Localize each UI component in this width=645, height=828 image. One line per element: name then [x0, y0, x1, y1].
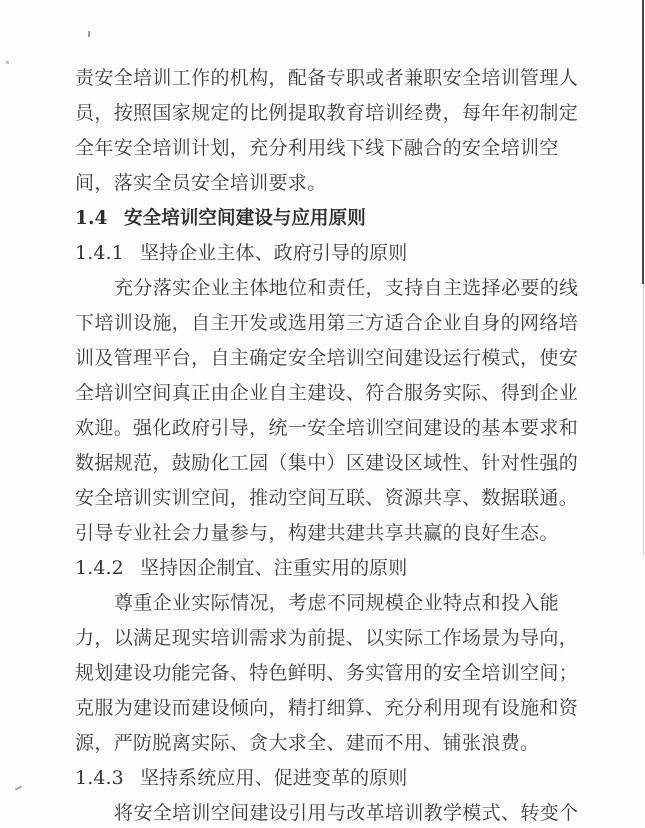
- section-heading-1-4: 1.4 安全培训空间建设与应用原则: [75, 201, 581, 236]
- subsection-heading-1-4-2: 1.4.2 坚持因企制宜、注重实用的原则: [75, 551, 581, 586]
- body-text-line: 充分落实企业主体地位和责任，支持自主选择必要的线: [75, 271, 581, 306]
- body-text-line: 规划建设功能完备、特色鲜明、务实管用的安全培训空间；: [75, 656, 581, 691]
- body-text-line: 全培训空间真正由企业自主建设、符合服务实际、得到企业: [75, 376, 581, 411]
- document-page: 责安全培训工作的机构，配备专职或者兼职安全培训管理人 员，按照国家规定的比例提取…: [0, 0, 645, 828]
- body-text-line: 欢迎。强化政府引导，统一安全培训空间建设的基本要求和: [75, 411, 581, 446]
- body-text-line: 安全培训实训空间，推动空间互联、资源共享、数据联通。: [75, 481, 581, 516]
- body-text-line: 将安全培训空间建设引用与改革培训教学模式、转变个: [75, 796, 581, 828]
- body-text-line: 数据规范，鼓励化工园（集中）区建设区域性、针对性强的: [75, 446, 581, 481]
- body-text-line: 间，落实全员安全培训要求。: [75, 166, 581, 201]
- body-text-line: 尊重企业实际情况，考虑不同规模企业特点和投入能: [75, 586, 581, 621]
- body-text-line: 训及管理平台，自主确定安全培训空间建设运行模式，使安: [75, 341, 581, 376]
- body-text-line: 全年安全培训计划，充分利用线下线下融合的安全培训空: [75, 131, 581, 166]
- body-text-line: 力，以满足现实培训需求为前提、以实际工作场景为导向，: [75, 621, 581, 656]
- scan-speck: [187, 208, 189, 213]
- scan-speck: [15, 785, 22, 790]
- scan-edge-artifact: [642, 0, 644, 284]
- subsection-heading-1-4-1: 1.4.1 坚持企业主体、政府引导的原则: [75, 236, 581, 271]
- document-text-block: 责安全培训工作的机构，配备专职或者兼职安全培训管理人 员，按照国家规定的比例提取…: [75, 61, 581, 828]
- scan-speck: [88, 31, 90, 37]
- scan-speck: [6, 61, 9, 64]
- body-text-line: 下培训设施，自主开发或选用第三方适合企业自身的网络培: [75, 306, 581, 341]
- subsection-heading-1-4-3: 1.4.3 坚持系统应用、促进变革的原则: [75, 761, 581, 796]
- scan-edge-artifact: [643, 284, 644, 554]
- body-text-line: 源，严防脱离实际、贪大求全、建而不用、铺张浪费。: [75, 726, 581, 761]
- body-text-line: 责安全培训工作的机构，配备专职或者兼职安全培训管理人: [75, 61, 581, 96]
- body-text-line: 引导专业社会力量参与，构建共建共享共赢的良好生态。: [75, 516, 581, 551]
- body-text-line: 克服为建设而建设倾向，精打细算、充分利用现有设施和资: [75, 691, 581, 726]
- body-text-line: 员，按照国家规定的比例提取教育培训经费，每年年初制定: [75, 96, 581, 131]
